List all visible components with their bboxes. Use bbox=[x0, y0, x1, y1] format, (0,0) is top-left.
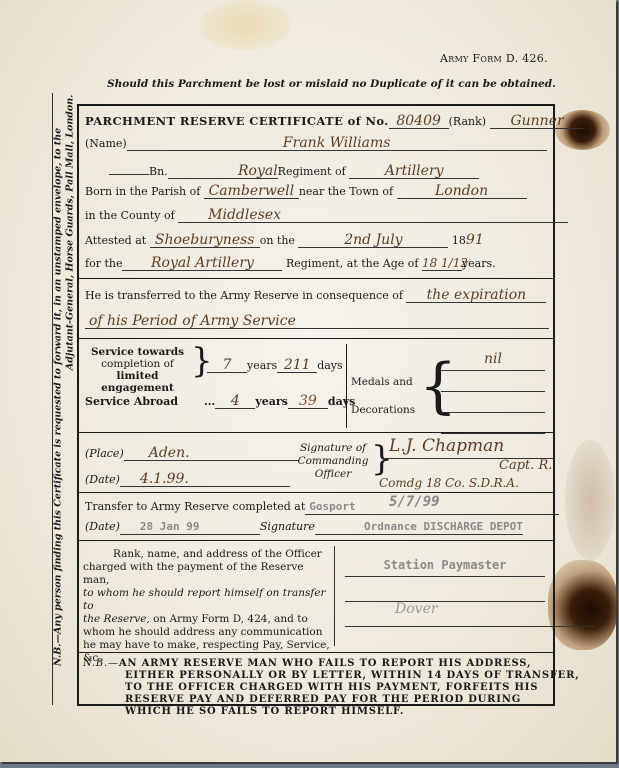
divider bbox=[79, 338, 553, 339]
for-regiment-value: Royal Artillery bbox=[122, 256, 282, 271]
certificate-paper: Army Form D. 426. Should this Parchment … bbox=[0, 0, 616, 762]
co-signature: L.J. Chapman bbox=[389, 436, 504, 456]
label-line: he may have to make, respecting Pay, Ser… bbox=[83, 639, 333, 652]
towards-years: 7 bbox=[207, 358, 247, 373]
title-row: PARCHMENT RESERVE CERTIFICATE of No.8040… bbox=[85, 114, 553, 129]
label-line: the Reserve, bbox=[83, 613, 150, 625]
label-line: whom he should address any communication bbox=[83, 626, 333, 639]
towards-days: 211 bbox=[277, 358, 317, 373]
stain bbox=[565, 440, 615, 560]
name-row: (Name)Frank Williams bbox=[85, 136, 553, 151]
label-line: to whom he should report himself on tran… bbox=[83, 587, 333, 613]
divider bbox=[79, 492, 553, 493]
born-label: Born in the Parish of bbox=[85, 185, 200, 198]
blank-line bbox=[441, 371, 545, 392]
date-label: (Date) bbox=[85, 520, 120, 533]
sig-label: Signature of Commanding Officer bbox=[297, 442, 369, 481]
divider bbox=[79, 432, 553, 433]
note-line: WHICH HE SO FAILS TO REPORT HIMSELF. bbox=[83, 706, 553, 718]
label-line: on Army Form D, 424, and to bbox=[153, 613, 308, 625]
side-note-line-1: N.B.—Any person finding this Certificate… bbox=[53, 95, 65, 700]
abroad-days: 39 bbox=[288, 394, 328, 409]
service-abroad-label: Service Abroad bbox=[85, 395, 178, 408]
regiment-value: Artillery bbox=[349, 164, 479, 179]
divider bbox=[79, 652, 553, 653]
note-line: EITHER PERSONALLY OR BY LETTER, WITHIN 1… bbox=[83, 670, 553, 682]
medals-value: nil bbox=[441, 352, 545, 371]
transfer-reason-row: He is transferred to the Army Reserve in… bbox=[85, 288, 553, 303]
years-label: years bbox=[255, 395, 288, 408]
age-value: 18 1/12 bbox=[422, 256, 462, 271]
lost-warning: Should this Parchment be lost or mislaid… bbox=[107, 78, 556, 90]
on-the-label: on the bbox=[260, 234, 295, 247]
certificate-title: PARCHMENT RESERVE CERTIFICATE of No. bbox=[85, 114, 389, 128]
transfer-date-row: (Date)28 Jan 99SignatureOrdnance DISCHAR… bbox=[85, 520, 553, 535]
footer-note: N.B.—AN ARMY RESERVE MAN WHO FAILS TO RE… bbox=[83, 658, 553, 718]
label-line: Officer bbox=[297, 468, 369, 481]
label-line: Rank, name, and address of the Officer bbox=[83, 548, 333, 561]
date-value: 4.1.99. bbox=[120, 472, 290, 487]
bn-value bbox=[109, 160, 149, 175]
army-form-number: Army Form D. 426. bbox=[440, 52, 548, 65]
name-label: (Name) bbox=[85, 137, 127, 150]
side-note: N.B.—Any person finding this Certificate… bbox=[52, 95, 80, 705]
paymaster-stamp: Station Paymaster bbox=[345, 558, 545, 577]
attested-year-prefix: 18 bbox=[452, 234, 466, 247]
label-line: Commanding bbox=[297, 455, 369, 468]
side-note-line-2: Adjutant-General, Horse Guards, Pall Mal… bbox=[65, 95, 77, 700]
service-towards-label: Service towards completion of limited en… bbox=[85, 346, 190, 394]
place-label: (Place) bbox=[85, 447, 124, 460]
attested-label: Attested at bbox=[85, 234, 146, 247]
divider bbox=[346, 344, 347, 428]
years-label: years. bbox=[462, 257, 496, 270]
note-line: TO THE OFFICER CHARGED WITH HIS PAYMENT,… bbox=[83, 682, 553, 694]
attested-date: 2nd July bbox=[298, 233, 448, 248]
divider bbox=[79, 278, 553, 279]
attested-place: Shoeburyness bbox=[150, 233, 260, 248]
divider bbox=[334, 546, 335, 646]
blank-line bbox=[345, 577, 545, 602]
transfer-reason-line-1: the expiration bbox=[406, 288, 546, 303]
co-rank: Capt. R. bbox=[499, 458, 552, 473]
note-line: AN ARMY RESERVE MAN WHO FAILS TO REPORT … bbox=[119, 658, 531, 669]
paymaster-lines: Station Paymaster Dover bbox=[345, 558, 545, 627]
town-label: near the Town of bbox=[299, 185, 393, 198]
co-unit: Comdg 18 Co. S.D.R.A. bbox=[379, 476, 519, 490]
transfer-reason-row-2: of his Period of Army Service bbox=[85, 314, 553, 329]
name-value: Frank Williams bbox=[127, 136, 547, 151]
label-line: charged with the payment of the Reserve … bbox=[83, 561, 333, 587]
regiment-label: Regiment of bbox=[278, 165, 346, 178]
county-row: in the County of Middlesex bbox=[85, 208, 553, 223]
certificate-box: PARCHMENT RESERVE CERTIFICATE of No.8040… bbox=[77, 104, 555, 706]
label-line: limited engagement bbox=[85, 370, 190, 394]
stain bbox=[200, 0, 290, 50]
blank-line bbox=[441, 392, 545, 413]
place-value: Aden. bbox=[124, 446, 299, 461]
for-the-label: for the bbox=[85, 257, 122, 270]
transfer-completed-label: Transfer to Army Reserve completed at bbox=[85, 500, 305, 513]
paymaster-place: Dover bbox=[345, 602, 595, 627]
regiment-row: Bn.RoyalRegiment of Artillery bbox=[109, 160, 553, 179]
county-label: in the County of bbox=[85, 209, 175, 222]
regiment-prefix: Royal bbox=[168, 164, 278, 179]
label-line: Service towards bbox=[85, 346, 190, 358]
attested-year: 91 bbox=[466, 232, 484, 248]
county-value: Middlesex bbox=[178, 208, 568, 223]
for-regiment-row: for theRoyal Artillery Regiment, at the … bbox=[85, 256, 553, 271]
note-line: RESERVE PAY AND DEFERRED PAY FOR THE PER… bbox=[83, 694, 553, 706]
days-label: days bbox=[317, 359, 342, 372]
abroad-years: 4 bbox=[215, 394, 255, 409]
transfer-completed-row: Transfer to Army Reserve completed atGos… bbox=[85, 500, 553, 515]
town-value: London bbox=[397, 184, 527, 199]
nb-prefix: N.B.— bbox=[83, 658, 119, 669]
years-label: years bbox=[247, 359, 277, 372]
rank-label: (Rank) bbox=[449, 115, 486, 128]
label-line: completion of bbox=[85, 358, 190, 370]
transfer-date-stamp: 28 Jan 99 bbox=[120, 520, 260, 535]
rank-value: Gunner bbox=[490, 114, 585, 129]
certificate-number: 80409 bbox=[389, 114, 449, 129]
blank-line bbox=[441, 413, 545, 434]
transfer-label: He is transferred to the Army Reserve in… bbox=[85, 289, 403, 302]
bn-label: Bn. bbox=[149, 165, 168, 178]
parish-value: Camberwell bbox=[204, 184, 299, 199]
transfer-reason-line-2: of his Period of Army Service bbox=[85, 314, 549, 329]
regiment-age-label: Regiment, at the Age of bbox=[286, 257, 418, 270]
date-label: (Date) bbox=[85, 473, 120, 486]
transfer-initials: 5/7/99 bbox=[389, 494, 440, 510]
label-line: Signature of bbox=[297, 442, 369, 455]
medals-lines: nil bbox=[441, 352, 545, 434]
signature-label: Signature bbox=[260, 520, 315, 533]
transfer-signature-stamp: Ordnance DISCHARGE DEPOT bbox=[315, 520, 523, 535]
birth-row: Born in the Parish of Camberwellnear the… bbox=[85, 184, 553, 199]
paymaster-label: Rank, name, and address of the Officer c… bbox=[83, 548, 333, 665]
divider bbox=[79, 540, 553, 541]
attested-row: Attested at Shoeburynesson the 2nd July … bbox=[85, 232, 553, 248]
dots: ... bbox=[204, 395, 216, 408]
